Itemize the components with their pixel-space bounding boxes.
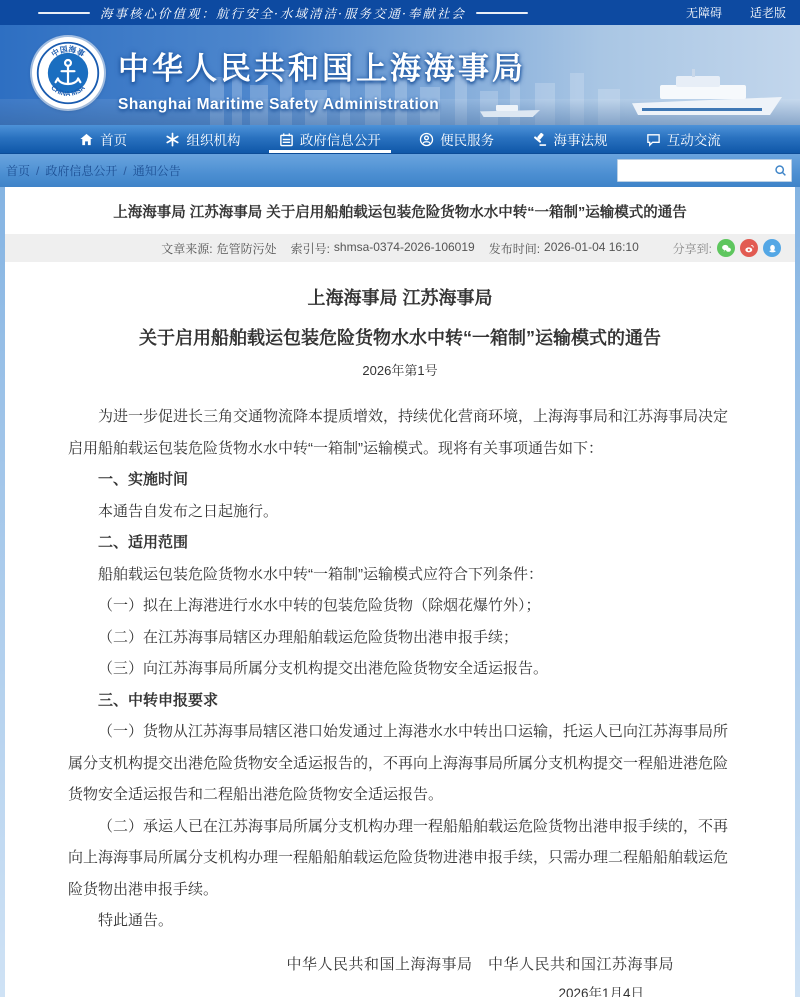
china-msa-logo: 中国海事 CHINA MSA [32,37,104,109]
nav-item-maritime-law[interactable]: 海事法规 [526,125,613,153]
source-value: 危管防污处 [217,240,277,257]
index-label: 索引号: [291,240,330,257]
paragraph: （二）承运人已在江苏海事局所属分支机构办理一程船船舶载运危险货物出港申报手续的，… [68,811,732,906]
paragraph: 为进一步促进长三角交通物流降本提质增效，持续优化营商环境，上海海事局和江苏海事局… [68,401,732,464]
breadcrumb-separator: / [123,164,126,178]
document-number: 2026年第1号 [68,360,732,379]
search-input[interactable] [618,160,769,181]
topbar-links: 无障碍 适老版 [686,4,786,21]
document-body: 为进一步促进长三角交通物流降本提质增效，持续优化营商环境，上海海事局和江苏海事局… [68,401,732,937]
paragraph: （三）向江苏海事局所属分支机构提交出港危险货物安全适运报告。 [68,653,732,685]
breadcrumb: 首页 / 政府信息公开 / 通知公告 [6,162,181,179]
paragraph: 本通告自发布之日起施行。 [68,496,732,528]
document: 上海海事局 江苏海事局 关于启用船舶载运包装危险货物水水中转“一箱制”运输模式的… [5,262,795,997]
site-title-en: Shanghai Maritime Safety Administration [118,96,526,114]
source-label: 文章来源: [161,240,212,257]
share-qq-icon[interactable] [763,239,781,257]
core-values-slogan: 海事核心价值观：航行安全·水域清洁·服务交通·奉献社会 [100,4,466,22]
nav-item-public-services[interactable]: 便民服务 [413,125,500,153]
breadcrumb-bar: 首页 / 政府信息公开 / 通知公告 [0,154,800,187]
share-bar: 分享到: [673,234,781,262]
breadcrumb-separator: / [36,164,39,178]
search-icon[interactable] [769,160,791,181]
top-utility-bar: 海事核心价值观：航行安全·水域清洁·服务交通·奉献社会 无障碍 适老版 [0,0,800,25]
paragraph: （二）在江苏海事局辖区办理船舶载运危险货物出港申报手续； [68,622,732,654]
organization-icon [165,132,180,147]
person-icon [419,132,434,147]
gavel-icon [532,132,547,147]
site-title-cn: 中华人民共和国上海海事局 [118,43,526,88]
nav-label: 组织机构 [186,129,240,149]
nav-label: 政府信息公开 [300,129,381,149]
section-heading-2: 二、适用范围 [68,527,732,559]
home-icon [79,132,94,147]
document-signature: 中华人民共和国上海海事局 中华人民共和国江苏海事局 [68,953,732,974]
nav-label: 首页 [100,129,127,149]
article-list-title: 上海海事局 江苏海事局 关于启用船舶载运包装危险货物水水中转“一箱制”运输模式的… [5,187,795,234]
accessibility-link[interactable]: 无障碍 [686,4,722,21]
share-label: 分享到: [673,240,712,257]
index-value: shmsa-0374-2026-106019 [334,240,475,257]
paragraph: 特此通告。 [68,905,732,937]
publish-time-label: 发布时间: [489,240,540,257]
nav-item-interaction[interactable]: 互动交流 [640,125,727,153]
slogan-wrap: 海事核心价值观：航行安全·水域清洁·服务交通·奉献社会 [38,4,528,22]
breadcrumb-gov-info[interactable]: 政府信息公开 [45,162,117,179]
patrol-boat-image [632,69,782,115]
document-title-line1: 上海海事局 江苏海事局 [68,284,732,310]
nav-label: 互动交流 [667,129,721,149]
paragraph: （一）货物从江苏海事局辖区港口始发通过上海港水水中转出口运输，托运人已向江苏海事… [68,716,732,811]
article-meta-bar: 文章来源: 危管防污处 索引号: shmsa-0374-2026-106019 … [5,234,795,262]
nav-item-organization[interactable]: 组织机构 [159,125,246,153]
search-box [617,159,792,182]
content-panel: 上海海事局 江苏海事局 关于启用船舶载运包装危险货物水水中转“一箱制”运输模式的… [5,187,795,997]
nav-item-home[interactable]: 首页 [73,125,133,153]
breadcrumb-notices[interactable]: 通知公告 [133,162,181,179]
banner-titles: 中华人民共和国上海海事局 Shanghai Maritime Safety Ad… [118,43,526,114]
share-weibo-icon[interactable] [740,239,758,257]
share-wechat-icon[interactable] [717,239,735,257]
publish-time-value: 2026-01-04 16:10 [544,240,639,257]
document-date: 2026年1月4日 [68,982,732,997]
calendar-icon [279,132,294,147]
nav-label: 海事法规 [553,129,607,149]
paragraph: 船舶载运包装危险货物水水中转“一箱制”运输模式应符合下列条件： [68,559,732,591]
article-meta: 文章来源: 危管防污处 索引号: shmsa-0374-2026-106019 … [161,240,639,257]
document-title-line2: 关于启用船舶载运包装危险货物水水中转“一箱制”运输模式的通告 [68,324,732,350]
section-heading-3: 三、中转申报要求 [68,685,732,717]
slogan-divider-left [38,12,90,14]
main-nav: 首页 组织机构 政府信息公开 便民服务 [0,125,800,154]
nav-item-gov-info[interactable]: 政府信息公开 [273,125,387,153]
paragraph: （一）拟在上海港进行水水中转的包装危险货物（除烟花爆竹外）； [68,590,732,622]
nav-label: 便民服务 [440,129,494,149]
elderly-version-link[interactable]: 适老版 [750,4,786,21]
speech-bubble-icon [646,132,661,147]
section-heading-1: 一、实施时间 [68,464,732,496]
slogan-divider-right [476,12,528,14]
breadcrumb-home[interactable]: 首页 [6,162,30,179]
site-banner: 中国海事 CHINA MSA 中华人民共和国上海海事局 Shanghai Mar… [0,25,800,125]
